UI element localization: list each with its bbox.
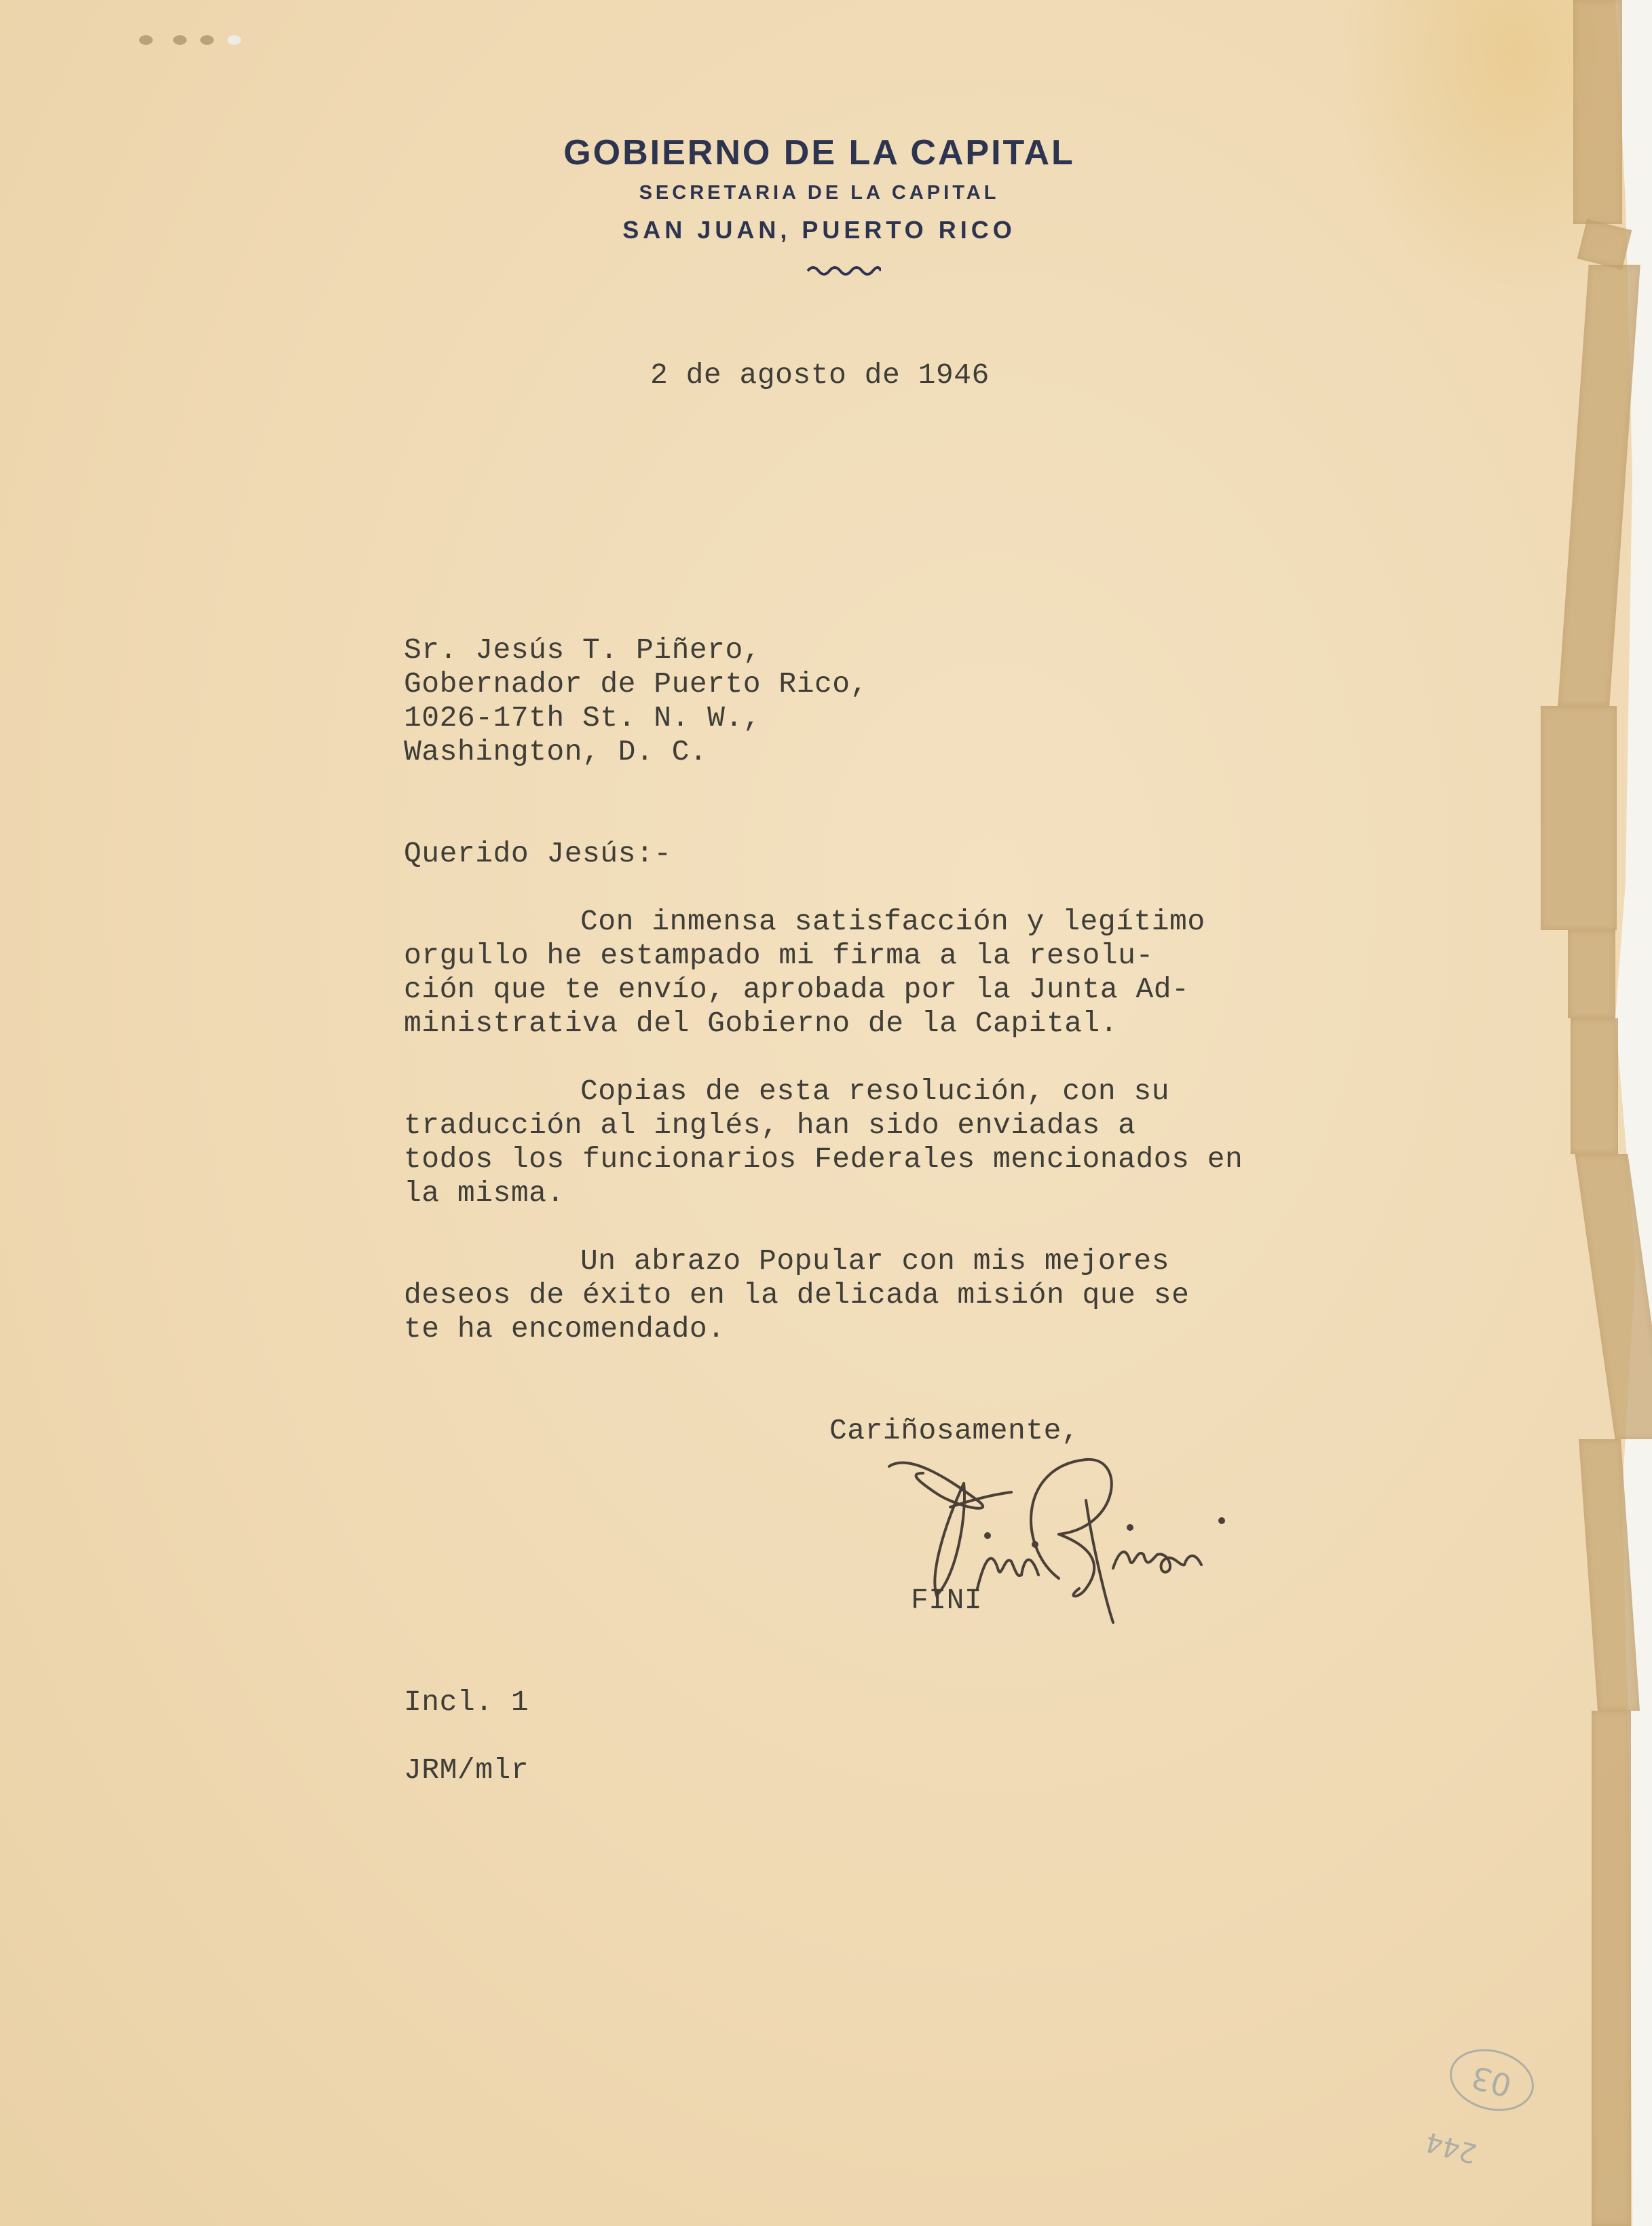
punch-mark [227,35,241,45]
typed-signer-name: FINI [911,1584,982,1618]
tape-strip [1571,1018,1618,1154]
body-line: Copias de esta resolución, con su [404,1075,1169,1109]
body-line: Un abrazo Popular con mis mejores [404,1244,1169,1278]
body-line: ción que te envío, aprobada por la Junta… [404,973,1189,1007]
letter-date: 2 de agosto de 1946 [650,358,990,392]
body-line: la misma. [404,1176,565,1210]
recipient-address-line: Washington, D. C. [404,735,707,769]
tape-strip [1568,930,1615,1018]
archive-circled-number-text: 03 [1467,2058,1516,2104]
closing: Cariñosamente, [829,1414,1079,1448]
recipient-address-line: 1026-17th St. N. W., [404,701,761,735]
tape-strip [1592,1711,1631,2226]
body-line: orgullo he estampado mi firma a la resol… [404,939,1154,973]
punch-mark [173,35,187,45]
reference-initials: JRM/mlr [404,1754,529,1787]
letterhead-department: SECRETARIA DE LA CAPITAL [0,182,1645,204]
body-line: ministrativa del Gobierno de la Capital. [404,1007,1118,1041]
recipient-address-line: Gobernador de Puerto Rico, [404,667,868,701]
body-line: te ha encomendado. [404,1312,725,1346]
tape-strip [1541,706,1617,930]
punch-mark [200,35,214,45]
body-line: traducción al inglés, han sido enviadas … [404,1109,1135,1143]
letterhead-wave-ornament [806,261,881,278]
punch-mark [139,35,153,45]
salutation: Querido Jesús:- [404,837,672,871]
body-line: Con inmensa satisfacción y legítimo [404,905,1205,939]
enclosure-note: Incl. 1 [404,1686,529,1720]
recipient-address-line: Sr. Jesús T. Piñero, [404,633,761,667]
letterhead-organization: GOBIERNO DE LA CAPITAL [0,132,1645,173]
body-line: deseos de éxito en la delicada misión qu… [404,1278,1189,1312]
body-line: todos los funcionarios Federales mencion… [404,1143,1243,1176]
letterhead-location: SAN JUAN, PUERTO RICO [0,216,1645,244]
